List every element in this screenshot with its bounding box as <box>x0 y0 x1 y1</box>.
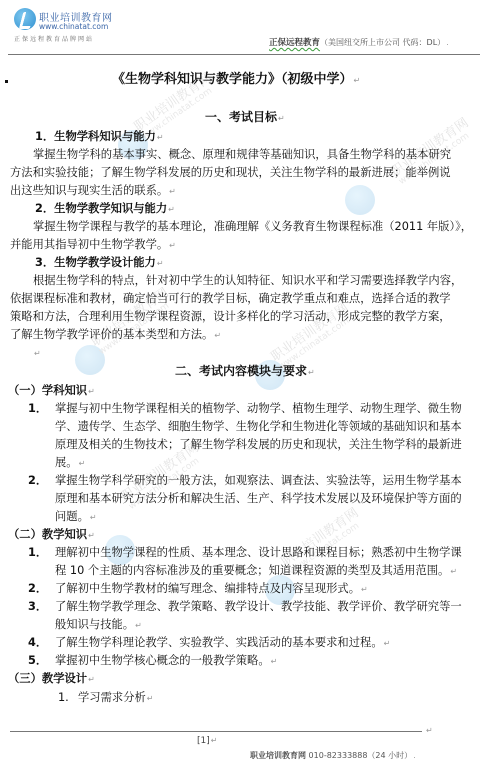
chinatat-logo-icon <box>14 8 36 30</box>
list-item-line: 问题。↵ <box>55 509 97 525</box>
page-title: 《生物学科知识与教学能力》（初级中学）↵ <box>112 72 360 88</box>
list-number: 2． <box>28 581 47 596</box>
logo-url: www.chinatat.com <box>39 22 108 31</box>
list-number: 1． <box>28 545 47 560</box>
list-item-line: 掌握初中生物学核心概念的一般教学策略。↵ <box>55 653 277 669</box>
subsection-heading: 3．生物学教学设计能力↵ <box>35 255 164 271</box>
list-number: 2． <box>28 473 47 488</box>
list-number: 4． <box>28 635 47 650</box>
footer-contact: 职业培训教育网 010-82333888（24 小时）. <box>250 750 416 761</box>
footer-brand: 职业培训教育网 <box>250 751 306 760</box>
list-item-line: 掌握生物学科学研究的一般方法，如观察法、调查法、实验法等，运用生物学基本 <box>55 473 462 488</box>
list-item-line: 展。↵ <box>55 455 85 471</box>
section-heading: 二、考试内容模块与要求↵ <box>175 364 315 380</box>
footer-phone: 010-82333888（24 小时） <box>309 751 413 760</box>
paragraph-line: 并能用其指导初中生物学教学。↵ <box>10 237 176 253</box>
list-item-line: 原理及相关的生物技术；了解生物学科发展的历史和现状，关注生物学科的最新进 <box>55 437 462 452</box>
part-heading: （三）教学设计↵ <box>8 671 95 687</box>
subsection-heading: 2．生物学教学知识与能力↵ <box>35 201 175 217</box>
list-number: 5． <box>28 653 47 668</box>
paragraph-line: 掌握生物学科的基本事实、概念、原理和规律等基础知识，具备生物学科的基本研究 <box>33 147 451 162</box>
company-note: （美国纽交所上市公司 代码：DL） <box>320 38 445 47</box>
list-number: 3． <box>28 599 47 614</box>
list-item-line: 般知识与技能。↵ <box>55 617 142 633</box>
document-page: 职业培训教育网 www.chinatat.com 正保远程教育品牌网站 正保远程… <box>0 0 490 770</box>
company-info: 正保远程教育（美国纽交所上市公司 代码：DL）. <box>269 36 449 48</box>
company-brand: 正保远程教育 <box>269 38 320 48</box>
chinatat-logo: 职业培训教育网 www.chinatat.com 正保远程教育品牌网站 <box>12 8 112 48</box>
page-header: 职业培训教育网 www.chinatat.com 正保远程教育品牌网站 正保远程… <box>0 0 490 56</box>
list-item-line: 了解生物学科理论教学、实验教学、实践活动的基本要求和过程。↵ <box>55 635 390 651</box>
page-number: [1]↵ <box>197 736 217 746</box>
paragraph-line: 策略和方法，合理利用生物学课程资源，设计多样化的学习活动，形成完整的教学方案， <box>10 309 451 324</box>
list-item-line: 理解初中生物学课程的性质、基本理念、设计思路和课程目标；熟悉初中生物学课 <box>55 545 462 560</box>
part-heading: （一）学科知识↵ <box>8 383 95 399</box>
list-item-line: 原理和基本研究方法分析和解决生活、生产、科学技术发展以及环境保护等方面的 <box>55 491 462 506</box>
list-item-line: 了解生物学教学理念、教学策略、教学设计、教学技能、教学评价、教学研究等一 <box>55 599 462 614</box>
subsection-heading: 1．生物学科知识与能力↵ <box>35 129 164 145</box>
list-item-line: 了解初中生物学教材的编写理念、编排特点及内容呈现形式。↵ <box>55 581 368 597</box>
paragraph-mark-icon: ↵ <box>425 722 433 738</box>
list-item-line: 掌握与初中生物学课程相关的植物学、动物学、植物生理学、动物生理学、微生物 <box>55 401 462 416</box>
list-number: 1． <box>28 401 47 416</box>
logo-tagline: 正保远程教育品牌网站 <box>14 34 94 43</box>
section-heading: 一、考试目标↵ <box>205 110 285 126</box>
paragraph-line: 依据课程标准和教材，确定恰当可行的教学目标，确定教学重点和难点，选择合适的教学 <box>10 291 451 306</box>
header-divider <box>8 54 480 55</box>
list-item-line: 学习需求分析↵ <box>78 690 154 706</box>
paragraph-line: 出这些知识与现实生活的联系。↵ <box>10 183 176 199</box>
paragraph-mark-icon: . <box>446 38 449 47</box>
list-item-line: 程 10 个主题的内容标准涉及的重要概念；知道课程资源的类型及其适用范围。↵ <box>55 563 457 579</box>
empty-paragraph: ↵ <box>33 345 41 361</box>
list-number: 1. <box>58 690 69 705</box>
bullet-marker <box>5 80 8 83</box>
paragraph-line: 了解生物学教学评价的基本类型和方法。↵ <box>10 327 221 343</box>
paragraph-line: 方法和实验技能；了解生物学科发展的历史和现状，关注生物学科的最新进展；能举例说 <box>10 165 451 180</box>
footer-divider <box>10 731 422 732</box>
paragraph-line: 掌握生物学课程与教学的基本理论，准确理解《义务教育生物课程标准（2011 年版）… <box>33 219 472 234</box>
list-item-line: 学、遗传学、生态学、细胞生物学、生物化学和生物进化等领域的基础知识和基本 <box>55 419 462 434</box>
part-heading: （二）教学知识↵ <box>8 527 95 543</box>
paragraph-line: 根据生物学科的特点，针对初中学生的认知特征、知识水平和学习需要选择教学内容， <box>33 273 462 288</box>
